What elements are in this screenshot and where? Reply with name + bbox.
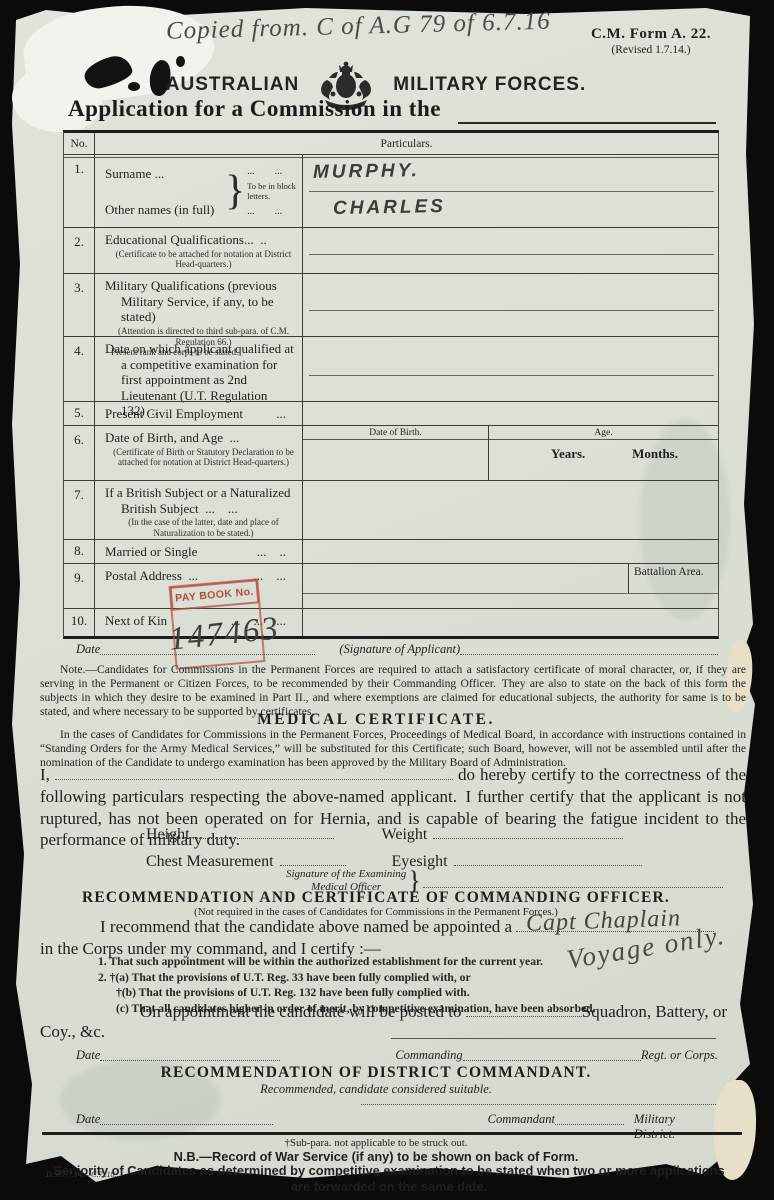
british-subject-label: If a British Subject or a Naturalized Br…: [105, 485, 298, 516]
certify-item: †(b) That the provisions of U.T. Reg. 13…: [98, 985, 718, 1001]
strike-out-note: †Sub-para. not applicable to be struck o…: [6, 1137, 746, 1149]
block-letters-note: To be in block letters.: [247, 182, 305, 202]
printer-reference: D.507/7.14.—C.7218.: [46, 1170, 116, 1179]
certify-item: 2. †(a) That the provisions of U.T. Reg.…: [98, 970, 718, 986]
signature-blank: [460, 642, 718, 655]
military-qual-label: Military Qualifications (previous Milita…: [105, 278, 298, 325]
signature-label: (Signature of Applicant): [339, 642, 460, 657]
col-header-particulars: Particulars.: [95, 133, 718, 155]
height-blank: [196, 826, 334, 839]
dob-age-label: Date of Birth, and Age ...: [105, 430, 298, 446]
particulars-table: No. Particulars. 1. Surname ... Other na…: [63, 130, 719, 639]
brace-glyph: }: [225, 166, 245, 216]
date-blank: [100, 1112, 272, 1125]
chest-label: Chest Measurement: [146, 853, 274, 871]
certifier-name-blank: [55, 764, 453, 780]
next-of-kin-label: Next of Kin: [105, 613, 167, 633]
regt-corps-label: Regt. or Corps.: [641, 1048, 718, 1063]
surname-label: Surname ...: [105, 166, 223, 182]
surname-value-handwritten: MURPHY.: [313, 160, 420, 184]
writing-line: [309, 254, 714, 255]
battalion-area-box: Battalion Area.: [628, 564, 718, 593]
months-label: Months.: [632, 446, 678, 462]
posted-line: On appointment the candidate will be pos…: [40, 1001, 746, 1042]
title-blank-line: [458, 122, 716, 124]
district-recommendation-subnote: Recommended, candidate considered suitab…: [6, 1082, 746, 1097]
table-row: 9. Postal Address ... ... ... Battalion …: [64, 564, 718, 609]
postal-address-label: Postal Address ...: [105, 568, 198, 584]
table-row: 6. Date of Birth, and Age ... (Certifica…: [64, 426, 718, 481]
commanding-blank: [463, 1048, 641, 1061]
writing-line: [309, 191, 714, 192]
commandant-blank: [555, 1112, 624, 1125]
nb-note: N.B.—Record of War Service (if any) to b…: [6, 1149, 746, 1164]
form-number: C.M. Form A. 22.: [566, 26, 736, 43]
org-title-left: AUSTRALIAN: [166, 74, 300, 96]
writing-line: [309, 310, 714, 311]
rule-line: [391, 1038, 716, 1039]
pay-book-stamp-text: PAY BOOK No.: [170, 579, 260, 611]
col-header-no: No.: [64, 133, 95, 155]
eyesight-blank: [454, 853, 642, 866]
footer-rule: [42, 1132, 742, 1135]
commanding-label: Commanding: [395, 1048, 462, 1063]
table-row: 10. Next of Kin ... ... ...: [64, 609, 718, 636]
othernames-value-handwritten: CHARLES: [333, 196, 446, 220]
medical-certificate-heading: MEDICAL CERTIFICATE.: [6, 711, 746, 729]
chest-blank: [280, 853, 346, 866]
table-row: 1. Surname ... Other names (in full) } .…: [64, 155, 718, 228]
table-row: 3. Military Qualifications (previous Mil…: [64, 274, 718, 337]
date-label: Date: [76, 1048, 100, 1063]
table-row: 4. Date on which applicant qualified at …: [64, 337, 718, 402]
date-of-birth-subheader: Date of Birth.: [303, 426, 488, 440]
posted-blank: [466, 1001, 582, 1017]
examining-officer-blank: [423, 875, 723, 888]
applicant-signature-row: Date (Signature of Applicant): [76, 642, 718, 657]
district-recommendation-heading: RECOMMENDATION OF DISTRICT COMMANDANT.: [6, 1064, 746, 1082]
form-revision: (Revised 1.7.14.): [566, 44, 736, 56]
co-recommendation-heading: RECOMMENDATION AND CERTIFICATE OF COMMAN…: [6, 889, 746, 907]
handwritten-annotation: Copied from. C of A.G 79 of 6.7.16: [166, 6, 607, 46]
table-row: 7. If a British Subject or a Naturalized…: [64, 481, 718, 540]
date-label: Date: [76, 642, 100, 657]
table-row: 8. Married or Single ... ..: [64, 540, 718, 564]
weight-blank: [433, 826, 623, 839]
certify-item: 1. That such appointment will be within …: [98, 954, 718, 970]
org-title-right: MILITARY FORCES.: [393, 74, 586, 96]
writing-line: [303, 593, 718, 594]
rule-line: [361, 1104, 716, 1105]
writing-line: [309, 375, 714, 376]
page-title: Application for a Commission in the: [68, 96, 441, 122]
years-label: Years.: [551, 446, 585, 462]
age-subheader: Age.: [489, 426, 718, 440]
table-header: No. Particulars.: [64, 133, 718, 155]
table-row: 2. Educational Qualifications... .. (Cer…: [64, 228, 718, 274]
educational-label: Educational Qualifications... ..: [105, 232, 298, 248]
date-blank: [100, 642, 315, 655]
table-row: 5. Present Civil Employment ...: [64, 402, 718, 426]
weight-label: Weight: [382, 826, 428, 844]
married-single-label: Married or Single: [105, 544, 197, 560]
employment-label: Present Civil Employment: [105, 406, 243, 422]
othernames-label: Other names (in full): [105, 202, 223, 218]
commanding-row: Date Commanding Regt. or Corps.: [76, 1048, 718, 1063]
seniority-note: Seniority of Candidates as determined by…: [36, 1163, 742, 1195]
date-blank: [100, 1048, 280, 1061]
height-label: Height: [146, 826, 190, 844]
